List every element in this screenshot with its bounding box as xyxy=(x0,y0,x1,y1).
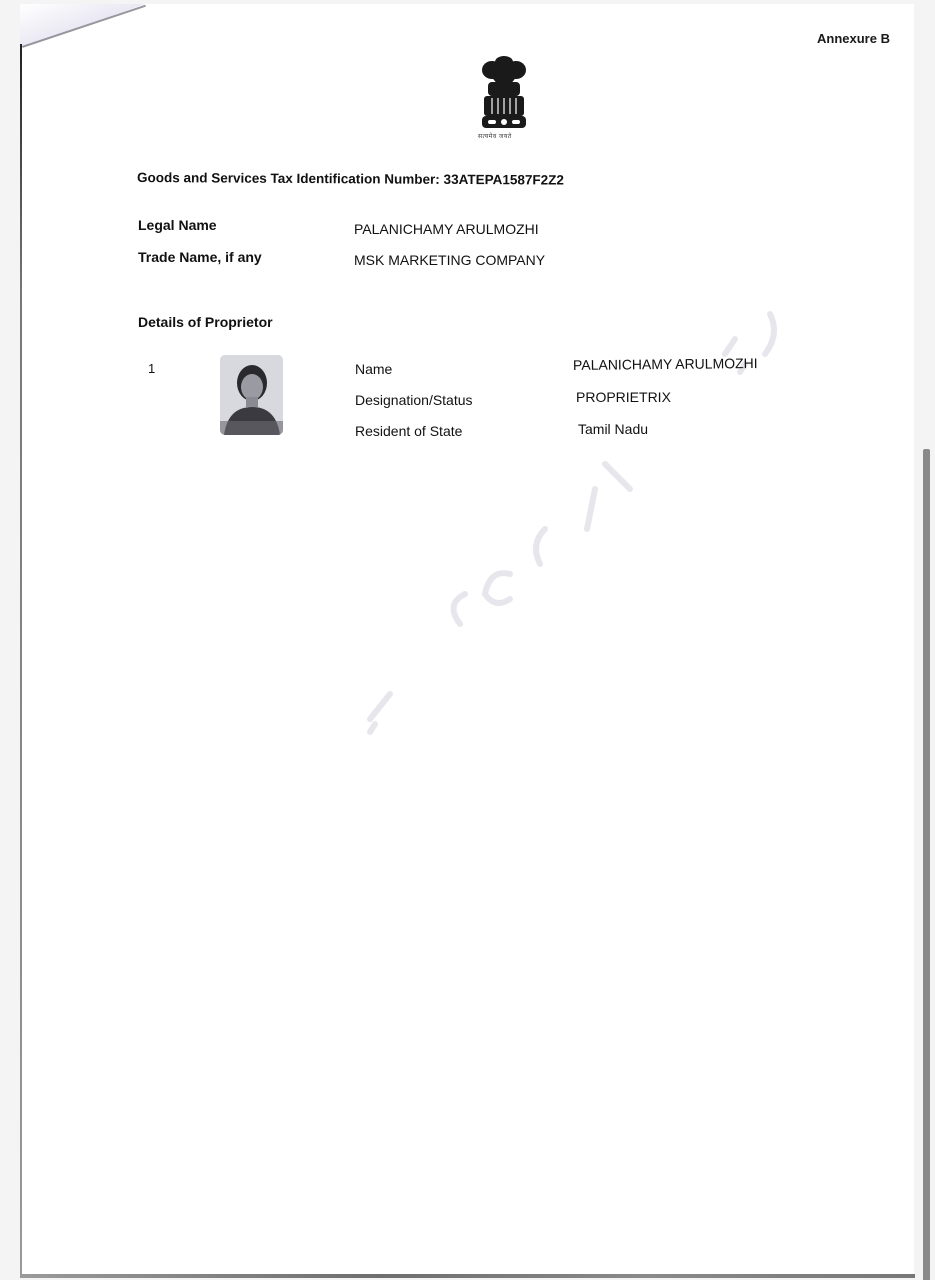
scanned-document: Annexure B xyxy=(0,0,935,1280)
gstin-label: Goods and Services Tax Identification Nu… xyxy=(137,170,440,187)
detail-label-state: Resident of State xyxy=(355,423,462,439)
annexure-label: Annexure B xyxy=(817,31,890,46)
watermark xyxy=(350,274,830,754)
detail-value-state: Tamil Nadu xyxy=(578,421,648,437)
section-title-proprietor: Details of Proprietor xyxy=(138,314,273,330)
national-emblem-icon xyxy=(474,52,534,144)
page-left-edge xyxy=(20,44,22,1278)
emblem-motto: सत्यमेव जयते xyxy=(478,132,512,140)
trade-name-label: Trade Name, if any xyxy=(138,249,262,265)
proprietor-index: 1 xyxy=(148,361,155,376)
page-bottom-edge xyxy=(22,1274,915,1278)
legal-name-value: PALANICHAMY ARULMOZHI xyxy=(354,221,539,237)
legal-name-label: Legal Name xyxy=(138,217,217,233)
scrollbar[interactable] xyxy=(923,449,930,1280)
gstin-value: 33ATEPA1587F2Z2 xyxy=(444,172,564,188)
document-page: Annexure B xyxy=(20,4,914,1276)
detail-value-name: PALANICHAMY ARULMOZHI xyxy=(573,355,758,373)
trade-name-value: MSK MARKETING COMPANY xyxy=(354,252,545,268)
detail-label-name: Name xyxy=(355,361,392,377)
detail-value-designation: PROPRIETRIX xyxy=(576,389,671,405)
gstin-line: Goods and Services Tax Identification Nu… xyxy=(137,170,564,188)
detail-label-designation: Designation/Status xyxy=(355,392,473,408)
proprietor-photo xyxy=(220,355,283,435)
